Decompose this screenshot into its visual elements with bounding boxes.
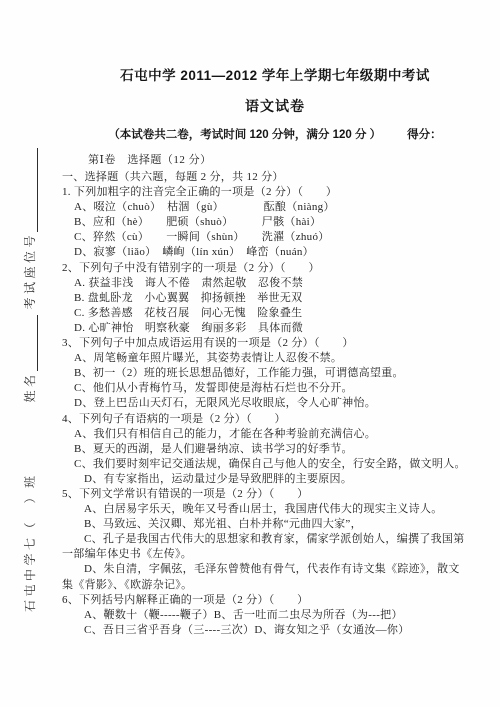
option-line: C、我们要时刻牢记交通法规，确保自己与他人的安全，行安全路，做文明人。: [0, 457, 500, 472]
option-line: C. 多愁善感 花枝召展 问心无愧 险象叠生: [0, 306, 500, 321]
option-line: A、周笔畅童年照片曝光，其姿势表情让人忍俊不禁。: [0, 351, 500, 366]
option-line: B. 盘虬卧龙 小心翼翼 抑扬顿挫 举世无双: [0, 291, 500, 306]
section-heading: 第Ⅰ卷 选择题（12 分）: [88, 151, 212, 167]
question-stem: 3、下列句子中加点成语运用有误的一项是（2 分）（ ）: [0, 336, 500, 351]
option-line: A、白居易字乐天，晚年又号香山居士，我国唐代伟大的现实主义诗人。: [0, 502, 500, 517]
exam-paper-page: 石屯中学七（ ）班 姓名 考试座位号 石屯中学 2011—2012 学年上学期七…: [0, 0, 500, 707]
question-stem: 4、下列句子有语病的一项是（2 分）（ ）: [0, 412, 500, 427]
option-line: B、夏天的西湖，是人们避暑纳凉、读书学习的好季节。: [0, 442, 500, 457]
option-line: B、马致远、关汉卿、郑光祖、白朴并称“元曲四大家”，: [0, 517, 500, 532]
option-line: D、朱自清，字佩弦，毛泽东曾赞他有骨气，代表作有诗文集《踪迹》，散文: [0, 562, 500, 577]
option-line: C、猝然（cù） 一瞬间（shùn） 洗濯（zhuó）: [0, 230, 500, 245]
option-line: C、吾日三省乎吾身（三----三次）D、诲女知之乎（女通汝—你）: [0, 623, 500, 638]
option-line: D、有专家指出，运动量过少是导致肥胖的主要原因。: [0, 472, 500, 487]
option-line: D. 心旷神怡 明察秋豪 绚丽多彩 具体而微: [0, 321, 500, 336]
option-line: A. 获益非浅 诲人不倦 肃然起敬 忍俊不禁: [0, 276, 500, 291]
question-stem: 2、下列句子中没有错别字的一项是（2 分）（ ）: [0, 261, 500, 276]
questions-area: 一、选择题（共六题，每题 2 分，共 12 分） 1. 下列加粗字的注音完全正确…: [0, 170, 500, 638]
subject-title: 语文试卷: [60, 96, 490, 116]
option-line: C、孔子是我国古代伟大的思想家和教育家，儒家学派创始人，编撰了我国第: [0, 532, 500, 547]
part-heading: 一、选择题（共六题，每题 2 分，共 12 分）: [0, 170, 500, 185]
questions-list: 1. 下列加粗字的注音完全正确的一项是（2 分）（ ）A、啜泣（chuò） 枯涸…: [0, 185, 500, 638]
exam-info-line: （本试卷共二卷，考试时间 120 分钟，满分 120 分 ） 得分：: [60, 126, 490, 142]
option-line: D、登上巴岳山天灯石，无限风光尽收眼底，令人心旷神怡。: [0, 396, 500, 411]
question-stem: 5、下列文学常识有错误的一项是（2 分）（ ）: [0, 487, 500, 502]
option-line: C、他们从小青梅竹马，发誓即使是海枯石烂也不分开。: [0, 381, 500, 396]
exam-title: 石屯中学 2011—2012 学年上学期七年级期中考试: [60, 64, 490, 84]
option-line: B、初一（2）班的班长思想品德好，工作能力强，可谓德高望重。: [0, 366, 500, 381]
option-line: A、啜泣（chuò） 枯涸（gù） 酝酿（niàng）: [0, 200, 500, 215]
question-stem: 6、下列括号内解释正确的一项是（2 分）（ ）: [0, 593, 500, 608]
exam-info-text: （本试卷共二卷，考试时间 120 分钟，满分 120 分 ）: [108, 126, 381, 142]
score-label: 得分：: [407, 126, 442, 142]
question-stem: 1. 下列加粗字的注音完全正确的一项是（2 分）（ ）: [0, 185, 500, 200]
option-line: D、寂寥（liǎo） 嶙峋（lín xún） 峰峦（nuán）: [0, 245, 500, 260]
option-line: 一部编年体史书《左传》。: [0, 547, 500, 562]
option-line: A、鞭数十（鞭-----鞭子）B、舌一吐而二虫尽为所吞（为---把）: [0, 608, 500, 623]
option-line: 集《背影》、《欧游杂记》。: [0, 578, 500, 593]
option-line: B、应和（hè） 肥硕（shuò） 尸骸（hài）: [0, 215, 500, 230]
option-line: A、我们只有相信自己的能力，才能在各种考验前充满信心。: [0, 427, 500, 442]
